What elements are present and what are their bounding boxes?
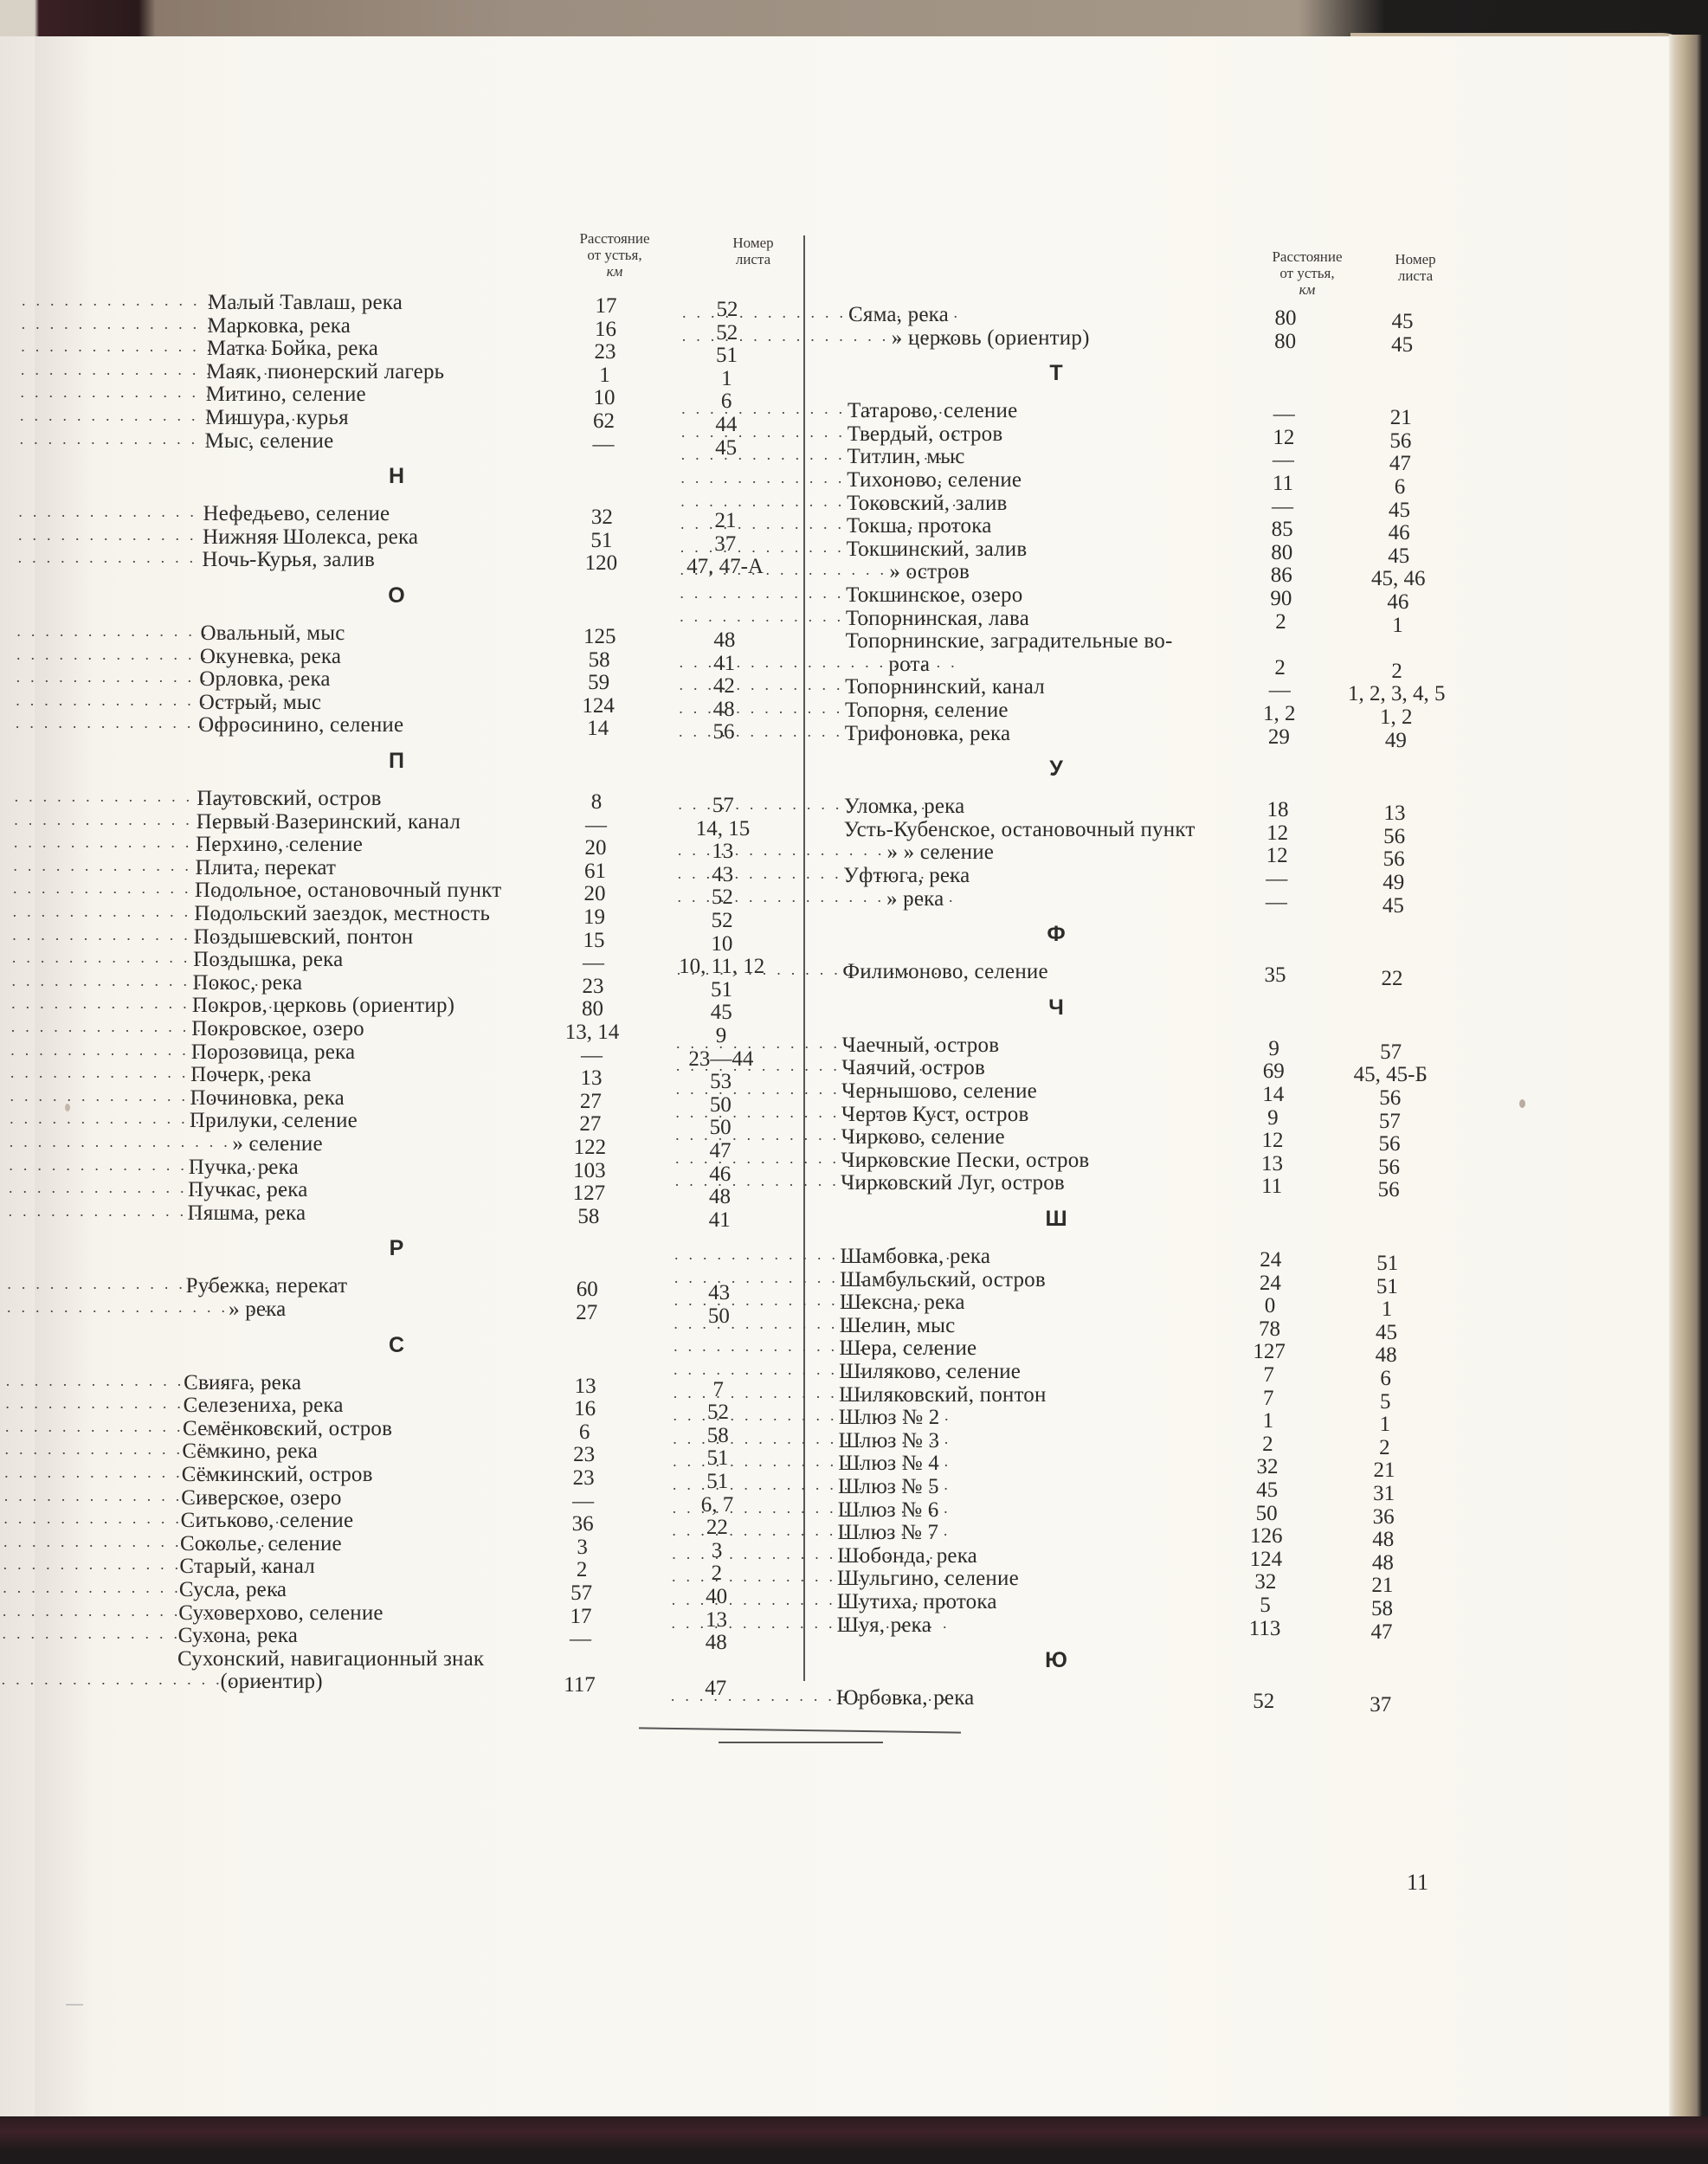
distance-km: 11	[1220, 1175, 1324, 1198]
index-entry: Шобонда, река........................124…	[0, 1544, 1708, 1568]
page-number: 11	[1407, 1870, 1428, 1896]
sheet-number: 47	[1317, 1620, 1447, 1644]
entry-name: Топорнинские, заградительные во-	[846, 629, 1173, 653]
leader-dots: ........................	[668, 886, 963, 909]
leader-dots: ........................	[3, 924, 298, 947]
index-entry: Шлюз № 5........................4531	[0, 1475, 1708, 1498]
distance-km: 58	[537, 1205, 641, 1228]
leader-dots: ........................	[669, 839, 964, 862]
distance-km: 113	[1213, 1617, 1317, 1640]
header-line: Номер	[1372, 251, 1459, 267]
entry-name: Усть-Кубенское, остановочный пункт	[844, 818, 1196, 841]
leader-dots: ........................	[664, 1497, 958, 1520]
index-entry: Шлюз № 4........................3221	[0, 1452, 1708, 1475]
index-entry: Чаячий, остров........................69…	[0, 1056, 1708, 1079]
sheet-number: 41	[654, 1208, 784, 1232]
leader-dots: ........................	[667, 1147, 961, 1170]
left-sheet-header: Номер листа	[710, 235, 796, 267]
index-entry: Твердый, остров........................1…	[0, 422, 1708, 446]
leader-dots: ........................	[666, 1289, 960, 1312]
index-entry: Топорнинская, лава......................…	[0, 607, 1708, 630]
header-line: от устья,	[554, 247, 675, 263]
leader-dots: ........................	[674, 325, 968, 348]
sheet-number: 56	[1324, 1178, 1453, 1201]
header-line: листа	[1372, 267, 1459, 284]
index-entry: Поздышевский, понтон....................…	[0, 925, 1708, 949]
index-entry: Токша, протока........................85…	[0, 514, 1708, 538]
index-entry: Уфтюга, река........................—49	[0, 864, 1708, 887]
leader-dots: ........................	[672, 467, 966, 490]
index-entry: Шлюз № 6........................5036	[0, 1498, 1708, 1522]
index-entry: Токовский, залив........................…	[0, 492, 1708, 515]
section-letter: П	[371, 749, 422, 774]
leader-dots: ........................	[672, 536, 966, 559]
section-letter: Ю	[1030, 1648, 1082, 1673]
index-entry: Титлин, мыс........................—47	[0, 445, 1708, 468]
leader-dots: ........................	[669, 793, 964, 816]
entry-name: Сухонский, навигационный знак	[177, 1647, 484, 1671]
leader-dots: ........................	[3, 992, 297, 1015]
leader-dots: ........................	[667, 1078, 962, 1101]
header-unit: км	[554, 263, 675, 280]
leader-dots: ........................	[0, 1200, 294, 1223]
left-distance-header: Расстояние от устья, км	[554, 230, 675, 280]
index-entry: Татарово, селение.......................…	[0, 399, 1708, 422]
leader-dots: ........................	[668, 958, 963, 982]
index-entry: Чернышово, селение......................…	[0, 1079, 1708, 1103]
index-entry: Шексна, река........................01	[0, 1291, 1708, 1314]
right-sheet-header: Номер листа	[1372, 251, 1459, 284]
index-entry: » река........................—45	[0, 887, 1708, 911]
index-entry: Чаечный, остров........................9…	[0, 1034, 1708, 1057]
end-rule-short	[719, 1742, 883, 1743]
leader-dots: ........................	[673, 443, 967, 467]
leader-dots: ........................	[672, 558, 966, 582]
index-entry: Сухонский, навигационный знак	[0, 1647, 1708, 1671]
index-entry: » остров........................8645, 46	[0, 560, 1708, 583]
index-entry: Тихоново, селение.......................…	[0, 468, 1708, 492]
leader-dots: ........................	[663, 1542, 957, 1566]
leader-dots: ........................	[665, 1381, 959, 1405]
sheet-number: 22	[1327, 967, 1457, 990]
leader-dots: ........................	[673, 397, 967, 421]
index-entry: Уломка, река........................1813	[0, 795, 1708, 818]
leader-dots: ........................	[663, 1612, 957, 1635]
index-entry: Шлюз № 3........................22	[0, 1429, 1708, 1452]
leader-dots: ........................	[662, 1684, 957, 1708]
leader-dots: ........................	[664, 1473, 958, 1497]
index-entry: Шера, селение........................127…	[0, 1336, 1708, 1360]
index-entry: Маяк, пионерский лагерь.................…	[0, 360, 1708, 383]
index-entry: Юрбовка, река........................523…	[0, 1686, 1708, 1710]
leader-dots: ........................	[665, 1358, 959, 1381]
leader-dots: ........................	[667, 1032, 962, 1055]
leader-dots: ........................	[670, 673, 964, 697]
header-line: листа	[710, 251, 796, 267]
leader-dots: ........................	[673, 421, 967, 444]
index-entry: Шутиха, протока........................5…	[0, 1590, 1708, 1613]
index-entry: Шлюз № 2........................11	[0, 1406, 1708, 1429]
leader-dots: ........................	[664, 1427, 958, 1451]
index-entry: » » селение........................1256	[0, 840, 1708, 864]
index-entry: рота........................22	[0, 653, 1708, 676]
leader-dots: ........................	[670, 697, 964, 720]
leader-dots: ........................	[671, 582, 965, 605]
index-entry: Шамбовка, река........................24…	[0, 1245, 1708, 1268]
section-letter: Ч	[1030, 995, 1082, 1021]
section-letter: Ф	[1030, 922, 1082, 947]
index-entry: Чирковские Пески, остров................…	[0, 1149, 1708, 1172]
index-entry: Чирково, селение........................…	[0, 1125, 1708, 1149]
leader-dots: ........................	[665, 1312, 959, 1336]
index-entry: Усть-Кубенское, остановочный пункт1256	[0, 818, 1708, 841]
section-letter: У	[1030, 757, 1082, 782]
sheet-number: 49	[1331, 729, 1460, 752]
distance-km: 29	[1227, 725, 1331, 749]
sheet-number: 45	[1337, 333, 1467, 357]
leader-dots: ........................	[669, 862, 964, 886]
index-entry: Шлюз № 7........................12648	[0, 1521, 1708, 1544]
index-entry: Топорнинские, заградительные во-	[0, 629, 1708, 653]
page-mark	[66, 2004, 83, 2013]
index-entry: Сяма, река........................8045	[0, 303, 1708, 326]
distance-km: 80	[1234, 330, 1337, 353]
index-entry: Пяшма, река........................5841	[0, 1201, 1708, 1225]
distance-km: 35	[1223, 963, 1327, 987]
leader-dots: ........................	[672, 512, 966, 536]
leader-dots: ........................	[667, 1054, 962, 1078]
leader-dots: ........................	[672, 490, 966, 513]
leader-dots: ........................	[663, 1519, 957, 1542]
index-entry: Трифоновка, река........................…	[0, 722, 1708, 745]
leader-dots: ........................	[12, 358, 306, 382]
index-entry: Филимоново, селение.....................…	[0, 960, 1708, 983]
index-entry: Шамбульский, остров.....................…	[0, 1268, 1708, 1291]
sheet-number: 45	[1328, 894, 1458, 918]
section-letter: Т	[1030, 361, 1082, 386]
leader-dots: ........................	[667, 1124, 961, 1147]
leader-dots: ........................	[666, 1243, 960, 1266]
index-entry: Топорня, селение........................…	[0, 699, 1708, 722]
leader-dots: ........................	[667, 1101, 961, 1124]
index-entry: Шиляково, селение.......................…	[0, 1360, 1708, 1383]
leader-dots: ........................	[665, 1335, 959, 1358]
index-entry: Токшинский, залив.......................…	[0, 538, 1708, 561]
index-entry: Чертов Куст, остров.....................…	[0, 1103, 1708, 1126]
distance-km: —	[1224, 891, 1328, 914]
leader-dots: ........................	[665, 1404, 959, 1427]
index-entry: Шуя, река........................11347	[0, 1613, 1708, 1637]
leader-dots: ........................	[667, 1169, 961, 1193]
index-entry: Шелин, мыс........................7845	[0, 1314, 1708, 1337]
distance-km: 52	[1212, 1690, 1316, 1713]
book-cover-bottom	[0, 2116, 1708, 2164]
index-entry: Чирковский Луг, остров..................…	[0, 1171, 1708, 1195]
leader-dots: ........................	[671, 605, 965, 628]
header-line: Расстояние	[554, 230, 675, 247]
leader-dots: ........................	[674, 301, 968, 325]
index-entry: Покров, церковь (ориентир)..............…	[0, 994, 1708, 1017]
index-entry: Топорнинский, канал.....................…	[0, 675, 1708, 699]
leader-dots: ........................	[664, 1450, 958, 1473]
header-line: Расстояние	[1247, 248, 1368, 265]
index-entry: Шульгино, селение.......................…	[0, 1567, 1708, 1590]
index-entry: » церковь (ориентир)....................…	[0, 326, 1708, 350]
leader-dots: ........................	[663, 1565, 957, 1588]
section-letter: Ш	[1030, 1207, 1082, 1232]
header-line: Номер	[710, 235, 796, 251]
sheet-number: 37	[1316, 1693, 1446, 1716]
leader-dots: ........................	[663, 1588, 957, 1612]
leader-dots: ........................	[671, 651, 965, 674]
leader-dots: ........................	[670, 720, 964, 744]
index-entry: Токшинское, озеро.......................…	[0, 583, 1708, 607]
index-entry: Шиляковский, понтон.....................…	[0, 1383, 1708, 1407]
header-line: от устья,	[1247, 265, 1368, 281]
leader-dots: ........................	[666, 1266, 960, 1290]
